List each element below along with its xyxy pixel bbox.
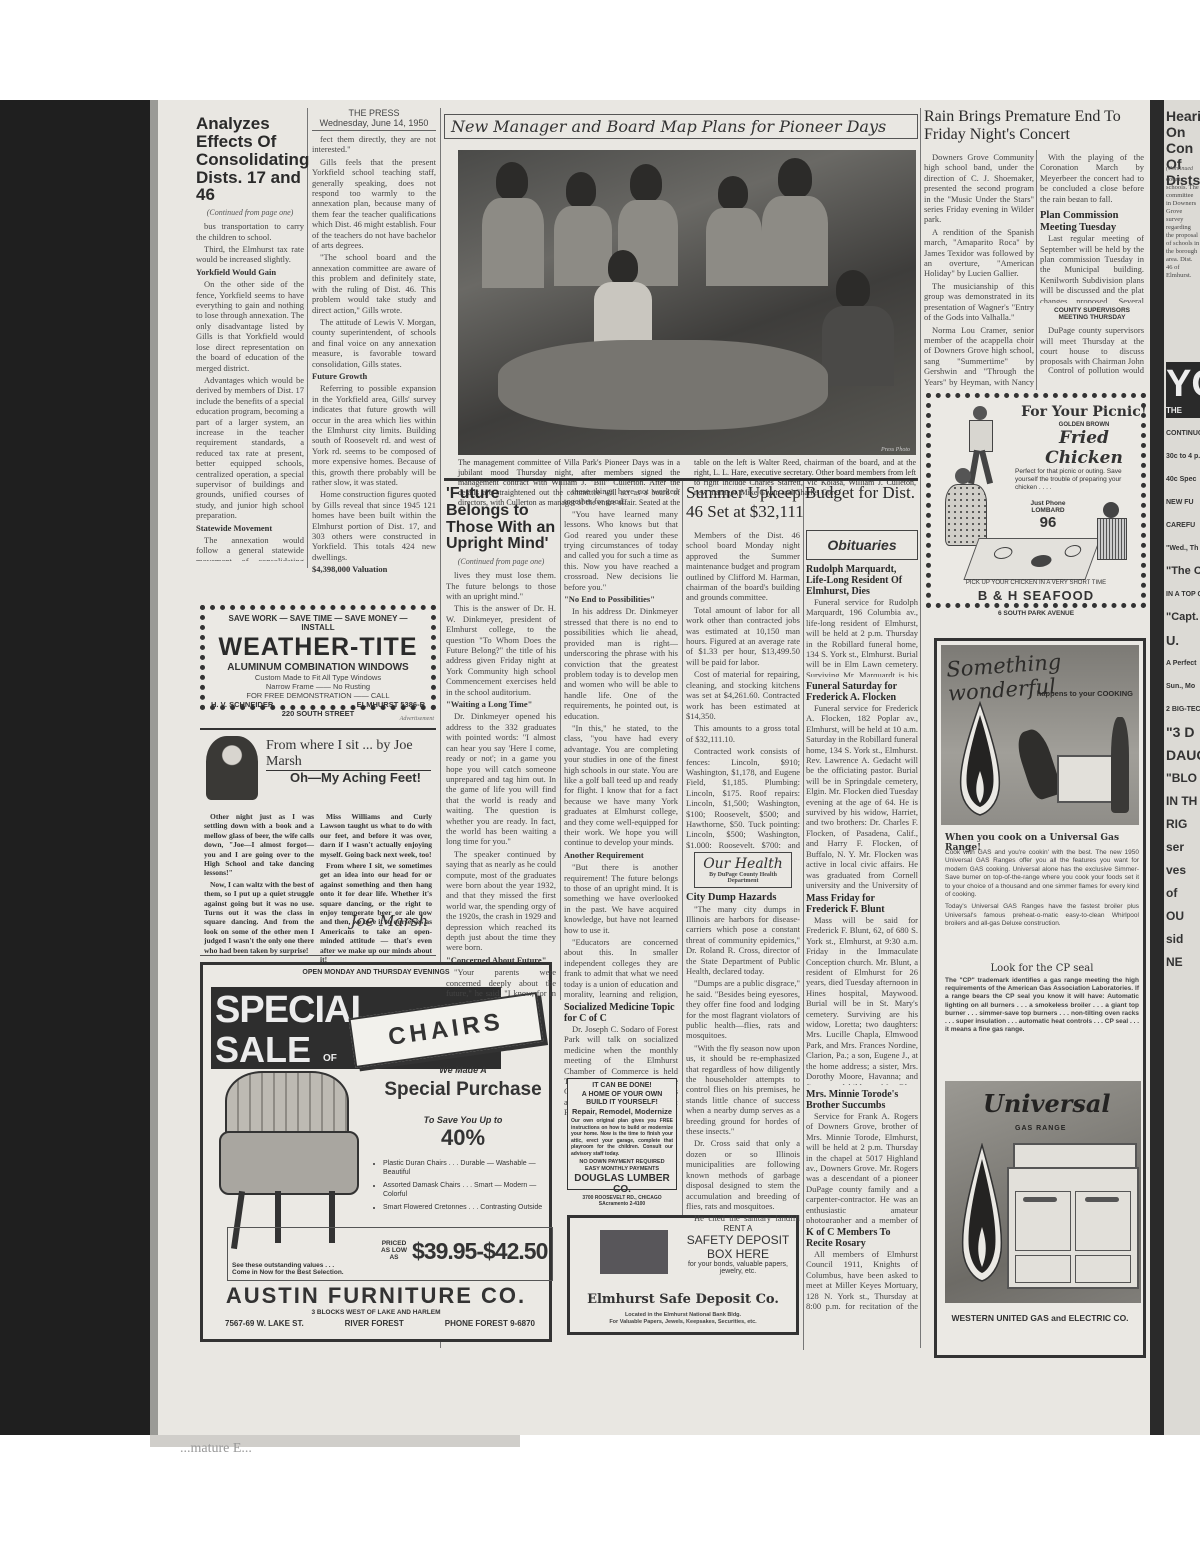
ad-line: PICK UP YOUR CHICKEN IN A VERY SHORT TIM… <box>931 580 1141 586</box>
continued-note: (Continued <box>1166 166 1200 172</box>
cooking-illustration: Something wonderful happens to your COOK… <box>941 645 1139 825</box>
chairs-label: CHAIRS <box>387 1008 506 1052</box>
consolidation-article: Analyzes Effects Of Consolidating Dists.… <box>196 115 304 561</box>
future-article: 'Future Belongs to Those With an Upright… <box>446 486 556 1000</box>
paragraph: Referring to possible expansion in the Y… <box>312 383 436 487</box>
paragraph: The total evaluation of the district in … <box>312 577 436 579</box>
paragraph: "In this," he stated, to the class, "you… <box>564 723 678 848</box>
paragraph: Mass will be said for Frederick F. Blunt… <box>806 915 918 1085</box>
paragraph: He cited the sanitary landfill method, i… <box>686 1213 800 1225</box>
ad-subheadline: happens to your COOKING <box>1037 689 1133 698</box>
ad-address: 6 SOUTH PARK AVENUE <box>926 610 1146 617</box>
discount-percent: 40% <box>373 1125 553 1151</box>
company-name: DOUGLAS LUMBER CO. <box>571 1173 673 1195</box>
cropped-line: IN A TOP QUA <box>1166 583 1200 606</box>
ad-label: Advertisement <box>400 716 434 722</box>
next-page-scrap-text: ...mature E... <box>180 1441 252 1457</box>
continued-note: (Continued from page one) <box>446 557 556 566</box>
paragraph: Contracted work consists of fences: Linc… <box>686 746 800 848</box>
bullet-item: Assorted Damask Chairs . . . Smart — Mod… <box>383 1181 561 1199</box>
bullet-item: Plastic Duran Chairs . . . Durable — Was… <box>383 1159 561 1177</box>
column-rule <box>1036 150 1037 390</box>
ad-line: IT CAN BE DONE! <box>571 1082 673 1091</box>
paragraph: "Dumps are a public disgrace," he said. … <box>686 978 800 1040</box>
paragraph: "Your parents were concerned deeply abou… <box>446 967 556 1000</box>
ad-line: Repair, Remodel, Modernize <box>571 1108 673 1117</box>
article-headline: Analyzes Effects Of Consolidating Dists.… <box>196 115 304 204</box>
douglas-lumber-ad: IT CAN BE DONE! A HOME OF YOUR OWN BUILD… <box>567 1078 677 1190</box>
safe-deposit-box-photo <box>600 1230 668 1274</box>
adjacent-page-strip: Hearing On Con Of Dists (Continued count… <box>1150 100 1200 1435</box>
woman-figure-icon <box>1013 726 1063 802</box>
paragraph: Control of pollution would be possible, … <box>1040 365 1144 377</box>
ad-line: To Save You Up to <box>373 1115 553 1125</box>
phone-exchange: LOMBARD <box>1015 507 1081 514</box>
company-name: B & H SEAFOOD <box>931 588 1141 603</box>
scanner-left-margin <box>0 100 150 1435</box>
paragraph: "You have learned many lessons. Who know… <box>564 509 678 592</box>
paragraph: Advantages which would be derived by mem… <box>196 375 304 521</box>
ad-line: NO DOWN PAYMENT REQUIRED <box>571 1159 673 1166</box>
subhead: Statewide Movement <box>196 523 304 533</box>
subhead: "Concerned About Future" <box>446 955 556 965</box>
paragraph: lives they must lose them. The future be… <box>446 570 556 601</box>
ad-phone: ELMHURST 5386-R <box>357 700 425 709</box>
paragraph: The speaker continued by saying that as … <box>446 849 556 953</box>
ad-product: ALUMINUM COMBINATION WINDOWS <box>211 662 425 673</box>
subhead: Another Requirement <box>564 850 678 860</box>
concert-article: Rain Brings Premature End To Friday Nigh… <box>924 108 1144 143</box>
ad-location: 3 BLOCKS WEST OF LAKE AND HARLEM <box>203 1309 549 1316</box>
obituary-headline: Rudolph Marquardt, Life-Long Resident Of… <box>806 564 918 597</box>
bh-seafood-ad: For Your Picnic! GOLDEN BROWN Fried Chic… <box>926 393 1146 608</box>
ad-line: EASY MONTHLY PAYMENTS <box>571 1166 673 1173</box>
article-headline: 'Future Belongs to Those With an Upright… <box>446 486 556 553</box>
cropped-line: "The C <box>1166 560 1200 583</box>
safe-deposit-ad: RENT A SAFETY DEPOSIT BOX HERE for your … <box>567 1215 799 1335</box>
cropped-line: "Capt. <box>1166 606 1200 629</box>
range-body-icon <box>1007 1167 1139 1289</box>
obituary-headline: Mrs. Minnie Torode's Brother Succumbs <box>806 1089 918 1111</box>
cropped-line: CONTINUOUS <box>1166 422 1200 445</box>
company-name: AUSTIN FURNITURE CO. <box>203 1283 549 1309</box>
theater-ad-banner: YO THE <box>1166 362 1200 418</box>
our-health-column: Our Health By DuPage County Health Depar… <box>686 852 800 1226</box>
paragraph: "With the fly season now upon us, it sho… <box>686 1043 800 1137</box>
priced-label: PRICED AS LOW AS <box>380 1240 408 1261</box>
picnic-blanket-icon <box>963 538 1100 580</box>
bottom-scan-margin: ...mature E... <box>0 1435 1200 1553</box>
cropped-line: IN TH <box>1166 790 1200 813</box>
ad-address: 220 SOUTH STREET <box>211 709 425 718</box>
ad-line: See these outstanding values . . . Come … <box>232 1262 352 1276</box>
subhead: $4,398,000 Valuation <box>312 564 436 574</box>
paragraph: Members of the Dist. 46 school board Mon… <box>686 530 800 603</box>
austin-furniture-ad: OPEN MONDAY AND THURSDAY EVENINGS SPECIA… <box>200 962 552 1342</box>
ad-phone: PHONE FOREST 9-6870 <box>445 1319 535 1328</box>
paragraph: In his address Dr. Dinkmeyer stressed th… <box>564 606 678 720</box>
cropped-line: NEW FU <box>1166 491 1200 514</box>
cp-seal-body: The "CP" trademark identifies a gas rang… <box>945 977 1139 1034</box>
page-binding-edge <box>150 100 158 1435</box>
ad-line: We Made A <box>373 1065 553 1075</box>
article-headline: Plan Commission Meeting Tuesday <box>1040 210 1144 233</box>
section-rule <box>444 478 918 481</box>
ad-body: Cook with GAS and you're cookin' with th… <box>945 849 1139 899</box>
joe-marsh-portrait-icon <box>206 736 258 800</box>
ad-line: for your bonds, valuable papers, jewelry… <box>678 1261 798 1275</box>
price-box: See these outstanding values . . . Come … <box>227 1227 553 1281</box>
ad-brand: WEATHER-TITE <box>211 634 425 660</box>
paragraph: Norma Lou Cramer, senior member of the a… <box>924 325 1034 389</box>
paragraph: A rendition of the Spanish march, "Amapa… <box>924 227 1034 279</box>
paragraph: On the other side of the fence, Yorkfiel… <box>196 279 304 373</box>
paragraph: Third, the Elmhurst tax rate would be in… <box>196 244 304 265</box>
ad-product: Fried Chicken <box>1021 428 1147 468</box>
ad-body: Our own original plan gives you FREE ins… <box>571 1118 673 1157</box>
masthead-paper: THE PRESS <box>312 108 436 118</box>
obituaries-column: Obituaries Rudolph Marquardt, Life-Long … <box>806 530 918 1311</box>
ad-body: Perfect for that picnic or outing. Save … <box>1015 468 1145 492</box>
paragraph: Other night just as I was settling down … <box>204 812 314 878</box>
ad-line: SAFETY DEPOSIT <box>678 1233 798 1247</box>
ad-line: Narrow Frame —— No Rusting <box>211 682 425 691</box>
obituary-headline: Funeral Saturday for Frederick A. Flocke… <box>806 681 918 703</box>
cropped-line: RIG <box>1166 813 1200 836</box>
wingback-chair-icon <box>219 1071 359 1251</box>
paragraph: Home construction figures quoted by Gill… <box>312 489 436 562</box>
ad-line: Custom Made to Fit All Type Windows <box>211 673 425 682</box>
obituary-headline: Mass Friday for Frederick F. Blunt <box>806 893 918 915</box>
box-title: Obituaries <box>809 537 915 553</box>
gas-range-label: GAS RANGE <box>1015 1125 1066 1132</box>
budget-article: Summer Upkeep Budget for Dist. 46 Set at… <box>686 484 918 521</box>
article-headline: Summer Upkeep Budget for Dist. 46 Set at… <box>686 484 918 521</box>
concert-continued: With the playing of the Coronation March… <box>1040 152 1144 377</box>
weathertite-ad: SAVE WORK — SAVE TIME — SAVE MONEY — INS… <box>200 605 436 710</box>
cropped-line: U. <box>1166 629 1200 652</box>
column-rule <box>560 480 561 1000</box>
paragraph: Dr. Dinkmeyer opened his address to the … <box>446 711 556 846</box>
gas-flame-icon <box>957 1143 1007 1283</box>
paragraph: Miss Williams and Curly Lawson taught us… <box>320 812 432 859</box>
cropped-line: NE <box>1166 951 1200 974</box>
subhead: Yorkfield Would Gain <box>196 267 304 277</box>
consolidation-continued: THE PRESS Wednesday, June 14, 1950 fect … <box>312 108 436 579</box>
paragraph: Funeral service for Rudolph Marquardt, 1… <box>806 597 918 677</box>
paragraph: This is the answer of Dr. H. W. Dinkmeye… <box>446 603 556 697</box>
company-name: Elmhurst Safe Deposit Co. <box>570 1292 796 1307</box>
ad-line: FOR FREE DEMONSTRATION —— CALL <box>211 691 425 700</box>
column-rule <box>307 108 308 568</box>
paragraph: Now, I can waltz with the best of them, … <box>204 880 314 955</box>
sale-word-sale: SALE <box>215 1029 311 1071</box>
subhead: "Waiting a Long Time" <box>446 699 556 709</box>
cropped-line: Sun., Mo <box>1166 675 1200 698</box>
subhead: Future Growth <box>312 371 436 381</box>
subhead: "No End to Possibilities" <box>564 594 678 604</box>
paragraph: Cost of material for repairing, cleaning… <box>686 669 800 721</box>
ad-tagline: SAVE WORK — SAVE TIME — SAVE MONEY — INS… <box>211 614 425 632</box>
paragraph: Last regular meeting of September will b… <box>1040 233 1144 303</box>
picnic-man-illustration-icon <box>1091 502 1131 572</box>
cropped-line: DAUG <box>1166 744 1200 767</box>
cropped-line: ser <box>1166 836 1200 859</box>
paragraph: "The school board and the annexation com… <box>312 252 436 314</box>
paragraph: All members of Elmhurst Council 1911, Kn… <box>806 1249 918 1311</box>
cropped-line: "BLO <box>1166 767 1200 790</box>
ad-line: Just Phone <box>1015 500 1081 507</box>
cropped-line: "3 D <box>1166 721 1200 744</box>
obituary-headline: K of C Members To Recite Rosary <box>806 1227 918 1249</box>
masthead-date: Wednesday, June 14, 1950 <box>312 118 436 131</box>
paragraph: these things have not worked together fo… <box>564 486 678 507</box>
paragraph: Downers Grove Community high school band… <box>924 152 1034 225</box>
article-headline: New Manager and Board Map Plans for Pion… <box>444 114 918 139</box>
theater-ad-letters: YO <box>1166 362 1200 406</box>
column-rule <box>920 108 921 1348</box>
price-range: $39.95-$42.50 <box>412 1238 547 1265</box>
signature: Joe Marsh <box>350 912 428 930</box>
gas-range-illustration: Universal GAS RANGE <box>945 1081 1141 1303</box>
paragraph: The attitude of Lewis V. Morgan, county … <box>312 317 436 369</box>
ad-headline: For Your Picnic! <box>1021 404 1147 420</box>
paragraph: Service for Frank A. Rogers of Downers G… <box>806 1111 918 1223</box>
special-purchase-heading: Special Purchase <box>373 1079 553 1101</box>
stove-icon <box>1057 755 1117 803</box>
cropped-line: OU <box>1166 905 1200 928</box>
paragraph: Dr. Cross said that only a dozen or so I… <box>686 1138 800 1211</box>
byline: By DuPage County Health Department <box>697 872 789 884</box>
universal-brand-script: Universal <box>983 1089 1111 1118</box>
column-rule <box>682 480 683 1260</box>
paragraph: bus transportation to carry the children… <box>196 221 304 242</box>
paragraph: Gills feels that the present Yorkfield s… <box>312 157 436 251</box>
bullet-item: Smart Flowered Cretonnes . . . Contrasti… <box>383 1203 561 1212</box>
cropped-line: 2 BIG-TEC <box>1166 698 1200 721</box>
paragraph: This amounts to a gross total of $32,111… <box>686 723 800 744</box>
cropped-line: 40c Spec <box>1166 468 1200 491</box>
column-rule <box>803 480 804 1350</box>
cropped-line: ves <box>1166 859 1200 882</box>
box-title: Our Health <box>697 856 789 872</box>
paragraph: The musicianship of this group was demon… <box>924 281 1034 323</box>
paragraph: DuPage county supervisors will meet Thur… <box>1040 325 1144 365</box>
paragraph: Total amount of labor for all work other… <box>686 605 800 667</box>
cropped-line: A Perfect <box>1166 652 1200 675</box>
ad-address: 7567-69 W. LAKE ST. <box>225 1319 304 1328</box>
paragraph: fect them directly, they are not interes… <box>312 134 436 155</box>
paragraph: "The many city dumps in Illinois are har… <box>686 904 800 977</box>
paragraph: With the playing of the Coronation March… <box>1040 152 1144 202</box>
paragraph: "But there is another requirement! The f… <box>564 862 678 935</box>
article-headline: Socialized Medicine Topic for C of C <box>564 1002 678 1024</box>
cropped-line: sid <box>1166 928 1200 951</box>
continued-note: (Continued from page one) <box>196 208 304 217</box>
column-title: Oh—My Aching Feet! <box>290 770 421 785</box>
company-name: WESTERN UNITED GAS and ELECTRIC CO. <box>937 1313 1143 1323</box>
subhead: COUNTY SUPERVISORS MEETING THURSDAY <box>1040 307 1144 321</box>
cropped-line: CAREFU <box>1166 514 1200 537</box>
theater-ad-sub: THE <box>1166 406 1200 415</box>
pioneer-days-story: New Manager and Board Map Plans for Pion… <box>444 114 918 139</box>
article-headline: Rain Brings Premature End To Friday Nigh… <box>924 108 1144 143</box>
cp-seal-heading: Look for the CP seal <box>945 963 1139 974</box>
ad-body: Today's Universal GAS Ranges have the fa… <box>945 903 1139 928</box>
phone-number: 96 <box>1015 514 1081 531</box>
gas-flame-icon <box>955 701 1005 817</box>
future-article-continued: these things have not worked together fo… <box>564 486 678 998</box>
ad-line: A HOME OF YOUR OWN <box>571 1091 673 1100</box>
cropped-paragraph: county schools. The committee in Downers… <box>1166 176 1200 356</box>
ad-line: For Valuable Papers, Jewels, Keepsakes, … <box>570 1319 796 1326</box>
cropped-line: "Wed., Th <box>1166 537 1200 560</box>
column-header: From where I sit ... by Joe Marsh <box>266 738 431 771</box>
sale-word-of: OF <box>323 1053 337 1064</box>
ad-line: BOX HERE <box>678 1247 798 1261</box>
cropped-line: 30c to 4 p. <box>1166 445 1200 468</box>
universal-gas-ad: Something wonderful happens to your COOK… <box>934 638 1146 1358</box>
ad-city: RIVER FOREST <box>345 1319 404 1328</box>
concert-body: Downers Grove Community high school band… <box>924 152 1034 388</box>
pioneer-days-photo: Press Photo <box>458 150 916 455</box>
paragraph: The annexation would follow a general st… <box>196 535 304 561</box>
paragraph: Funeral service for Frederick A. Flocken… <box>806 703 918 889</box>
joe-marsh-column: Advertisement From where I sit ... by Jo… <box>200 728 436 956</box>
picnic-girl-illustration-icon <box>941 468 991 548</box>
man-figure-icon <box>1111 717 1129 813</box>
paragraph: "Educators are concerned about this. In … <box>564 937 678 998</box>
article-headline: City Dump Hazards <box>686 892 800 904</box>
cropped-line: of <box>1166 882 1200 905</box>
budget-body: Members of the Dist. 46 school board Mon… <box>686 530 800 848</box>
photo-credit: Press Photo <box>881 447 910 453</box>
ad-dealer: H. V. SCHNEIDER <box>211 700 273 709</box>
ad-line: Located in the Elmhurst National Bank Bl… <box>570 1312 796 1319</box>
ad-phone: SAcramento 2-4100 <box>571 1201 673 1207</box>
